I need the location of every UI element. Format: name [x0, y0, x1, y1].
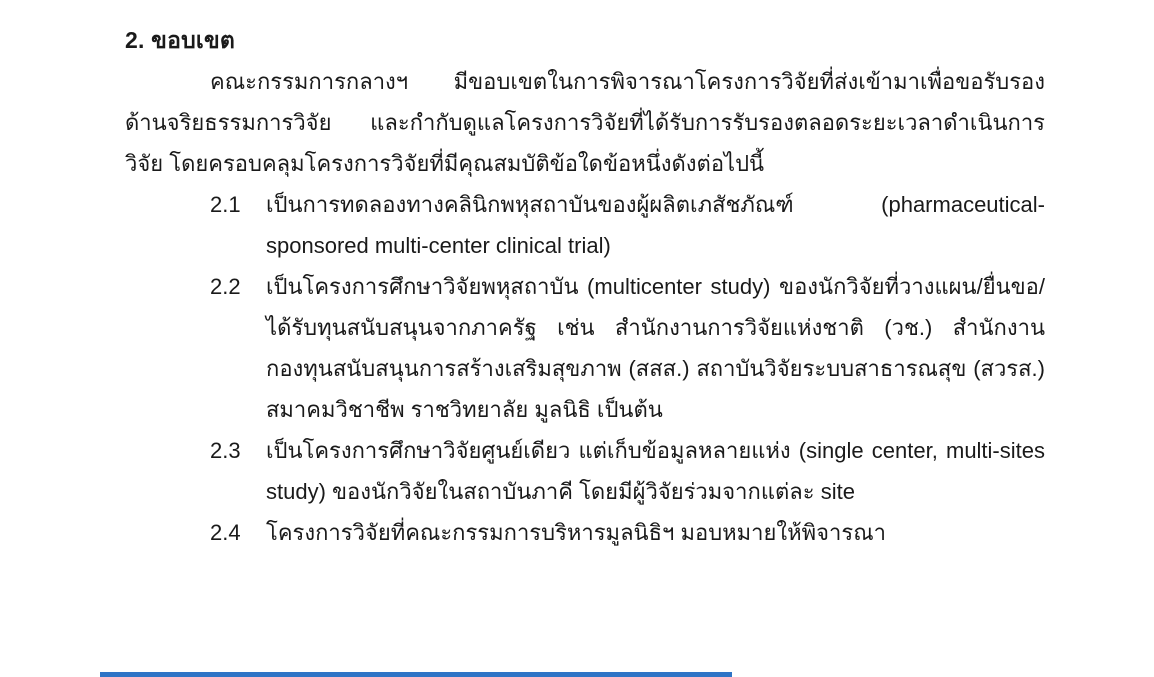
document-body: 2. ขอบเขต คณะกรรมการกลางฯ มีขอบเขตในการพ…: [125, 20, 1045, 553]
list-item: 2.1 เป็นการทดลองทางคลินิกพหุสถาบันของผู้…: [210, 184, 1045, 266]
section-intro-paragraph: คณะกรรมการกลางฯ มีขอบเขตในการพิจารณาโครง…: [125, 61, 1045, 184]
numbered-list: 2.1 เป็นการทดลองทางคลินิกพหุสถาบันของผู้…: [210, 184, 1045, 553]
list-item-text: เป็นโครงการศึกษาวิจัยศูนย์เดียว แต่เก็บข…: [266, 430, 1045, 512]
list-item-text: เป็นการทดลองทางคลินิกพหุสถาบันของผู้ผลิต…: [266, 184, 1045, 266]
list-item: 2.2 เป็นโครงการศึกษาวิจัยพหุสถาบัน (mult…: [210, 266, 1045, 430]
bottom-blue-accent-bar: [100, 672, 732, 677]
list-item-number: 2.2: [210, 266, 266, 307]
section-heading: 2. ขอบเขต: [125, 20, 1045, 61]
list-item-number: 2.1: [210, 184, 266, 225]
document-page: { "page": { "background_color": "#ffffff…: [0, 0, 1154, 677]
list-item-text: เป็นโครงการศึกษาวิจัยพหุสถาบัน (multicen…: [266, 266, 1045, 430]
list-item: 2.4 โครงการวิจัยที่คณะกรรมการบริหารมูลนิ…: [210, 512, 1045, 553]
list-item-number: 2.4: [210, 512, 266, 553]
list-item-text: โครงการวิจัยที่คณะกรรมการบริหารมูลนิธิฯ …: [266, 512, 1045, 553]
list-item: 2.3 เป็นโครงการศึกษาวิจัยศูนย์เดียว แต่เ…: [210, 430, 1045, 512]
list-item-number: 2.3: [210, 430, 266, 471]
